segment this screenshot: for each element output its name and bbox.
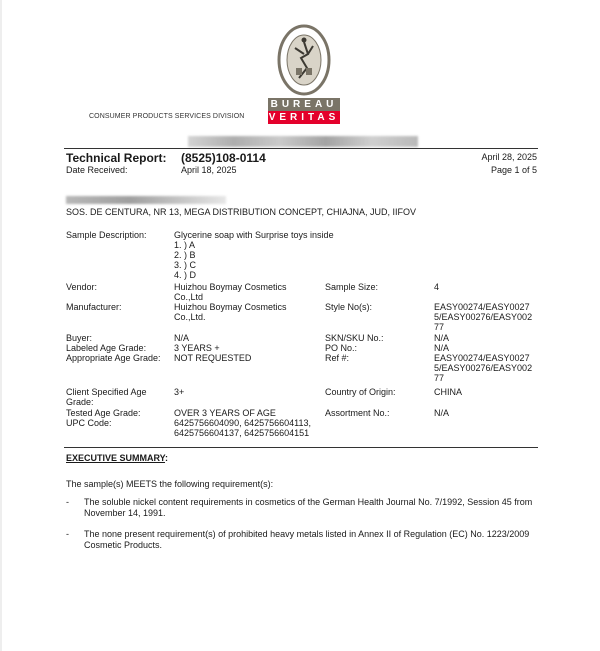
bullet-dash: - <box>66 529 69 540</box>
sample-item: 1. ) A <box>174 240 195 251</box>
sample-size-label: Sample Size: <box>325 282 378 293</box>
country-value: CHINA <box>434 387 462 398</box>
requirement-line: November 14, 1991. <box>84 508 544 519</box>
requirement-line: The soluble nickel content requirements … <box>84 497 544 508</box>
sample-description-value: Glycerine soap with Surprise toys inside <box>174 230 334 241</box>
date-received-label: Date Received: <box>66 165 128 175</box>
upc-label: UPC Code: <box>66 418 112 429</box>
summary-divider <box>64 447 538 448</box>
po-no-label: PO No.: <box>325 343 357 354</box>
executive-summary-title: EXECUTIVE SUMMARY <box>66 453 165 463</box>
sample-description-label: Sample Description: <box>66 230 147 241</box>
requirement-item: The none present requirement(s) of prohi… <box>84 529 544 551</box>
report-date: April 28, 2025 <box>481 152 537 162</box>
ref-value-cont: 5/EASY00276/EASY002 <box>434 363 532 374</box>
client-age-label-cont: Grade: <box>66 397 94 408</box>
tested-age-value: OVER 3 YEARS OF AGE <box>174 408 276 419</box>
date-received-value: April 18, 2025 <box>181 165 237 175</box>
technical-report-label: Technical Report: <box>66 151 166 165</box>
labeled-age-value: 3 YEARS + <box>174 343 220 354</box>
summary-intro: The sample(s) MEETS the following requir… <box>66 479 273 489</box>
technical-report-number: (8525)108-0114 <box>181 151 266 165</box>
sample-item: 3. ) C <box>174 260 196 271</box>
ref-label: Ref #: <box>325 353 349 364</box>
requirement-line: Cosmetic Products. <box>84 540 544 551</box>
manufacturer-value-cont: Co.,Ltd. <box>174 312 206 323</box>
vendor-value-cont: Co.,Ltd <box>174 292 203 303</box>
seal-icon <box>277 24 331 96</box>
requirement-line: The none present requirement(s) of prohi… <box>84 529 544 540</box>
upc-value-cont: 6425756604137, 6425756604151 <box>174 428 309 439</box>
upc-value: 6425756604090, 6425756604113, <box>174 418 311 429</box>
ref-value-cont2: 77 <box>434 373 444 384</box>
appropriate-age-label: Appropriate Age Grade: <box>66 353 161 364</box>
buyer-label: Buyer: <box>66 333 92 344</box>
appropriate-age-value: NOT REQUESTED <box>174 353 251 364</box>
executive-summary-heading: EXECUTIVE SUMMARY: <box>66 453 168 463</box>
sku-value: N/A <box>434 333 449 344</box>
style-no-value: EASY00274/EASY0027 <box>434 302 530 313</box>
manufacturer-value: Huizhou Boymay Cosmetics <box>174 302 287 313</box>
page-edge <box>0 0 2 651</box>
heading-colon: : <box>165 453 168 463</box>
labeled-age-label: Labeled Age Grade: <box>66 343 146 354</box>
logo-text-veritas: VERITAS <box>268 111 340 124</box>
page-number: Page 1 of 5 <box>491 165 537 175</box>
sample-size-value: 4 <box>434 282 439 293</box>
client-age-label: Client Specified Age <box>66 387 147 398</box>
tested-age-label: Tested Age Grade: <box>66 408 141 419</box>
manufacturer-label: Manufacturer: <box>66 302 122 313</box>
client-age-value: 3+ <box>174 387 184 398</box>
ref-value: EASY00274/EASY0027 <box>434 353 530 364</box>
style-no-label: Style No(s): <box>325 302 372 313</box>
sample-item: 4. ) D <box>174 270 196 281</box>
sku-label: SKN/SKU No.: <box>325 333 384 344</box>
assortment-value: N/A <box>434 408 449 419</box>
vendor-value: Huizhou Boymay Cosmetics <box>174 282 287 293</box>
requirement-item: The soluble nickel content requirements … <box>84 497 544 519</box>
po-no-value: N/A <box>434 343 449 354</box>
style-no-value-cont: 5/EASY00276/EASY002 <box>434 312 532 323</box>
buyer-value: N/A <box>174 333 189 344</box>
sample-item: 2. ) B <box>174 250 196 261</box>
redacted-client-title <box>188 136 418 147</box>
vendor-label: Vendor: <box>66 282 97 293</box>
country-label: Country of Origin: <box>325 387 396 398</box>
redacted-client-name <box>66 196 226 204</box>
assortment-label: Assortment No.: <box>325 408 390 419</box>
header-divider <box>64 148 538 149</box>
style-no-value-cont2: 77 <box>434 322 444 333</box>
division-label: CONSUMER PRODUCTS SERVICES DIVISION <box>89 113 244 120</box>
logo-text-bureau: BUREAU <box>268 98 340 111</box>
bullet-dash: - <box>66 497 69 508</box>
client-address: SOS. DE CENTURA, NR 13, MEGA DISTRIBUTIO… <box>66 207 416 217</box>
